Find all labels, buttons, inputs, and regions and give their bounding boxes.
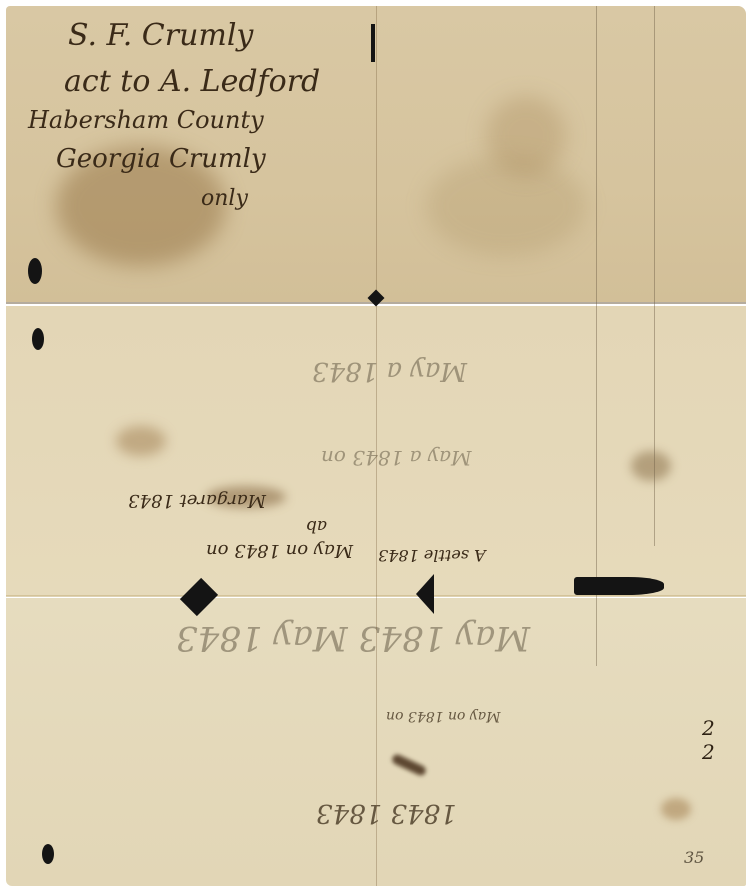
triangle-hole	[416, 574, 434, 614]
address-line-state: Georgia Crumly	[56, 144, 266, 174]
vertical-fold-crease	[376, 6, 377, 886]
punched-hole	[32, 328, 44, 350]
ink-blot	[391, 753, 428, 777]
upside-down-note: May a 1843	[312, 356, 467, 386]
ink-smudge	[631, 451, 671, 481]
address-line-account: act to A. Ledford	[64, 64, 320, 99]
punched-hole	[28, 258, 42, 284]
ledger-rule-line	[596, 6, 597, 666]
margin-figure: 2	[702, 740, 715, 764]
margin-figure: 35	[684, 848, 704, 867]
slit-hole	[574, 577, 664, 595]
water-stain	[486, 96, 566, 176]
address-line-extra: only	[201, 186, 248, 211]
upside-down-note: May a 1843 on	[321, 446, 472, 470]
punched-hole	[42, 844, 54, 864]
address-line-county: Habersham County	[28, 106, 264, 134]
ledger-rule-line	[654, 6, 655, 546]
upside-down-note: Margaret 1843	[128, 490, 266, 511]
upside-down-note: May 1843 May 1843	[176, 618, 530, 658]
upside-down-note: ab	[306, 516, 327, 536]
upside-down-note: May on 1843 on	[206, 540, 353, 561]
address-line-name: S. F. Crumly	[68, 18, 253, 53]
upside-down-note: May on 1843 on	[386, 708, 500, 724]
margin-figure: 2	[702, 716, 715, 740]
document-sheet: S. F. Crumly act to A. Ledford Habersham…	[6, 6, 746, 886]
upside-down-note: A settle 1843	[378, 546, 486, 565]
upside-down-note: 1843 1843	[316, 798, 457, 828]
ink-smudge	[116, 426, 166, 456]
punched-hole	[371, 24, 375, 62]
brown-stain	[661, 798, 691, 820]
